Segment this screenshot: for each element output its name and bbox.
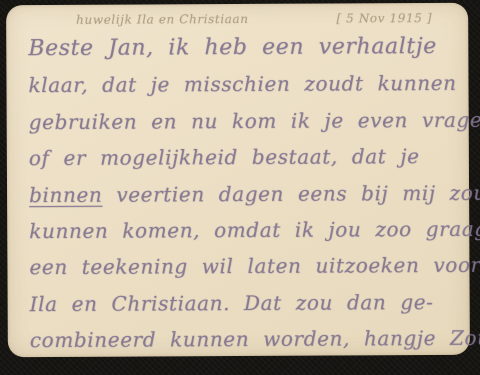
- handwriting-line-5: binnen veertien dagen eens bij mij zoudt: [29, 174, 451, 213]
- photo-mount-background: huwelijk Ila en Christiaan [ 5 Nov 1915 …: [0, 0, 480, 375]
- handwriting-line-6: kunnen komen, omdat ik jou zoo graag: [29, 211, 451, 250]
- handwriting-line-2: klaar, dat je misschien zoudt kunnen: [28, 65, 450, 104]
- handwriting-line-4: of er mogelijkheid bestaat, dat je: [29, 138, 451, 177]
- handwriting-line-3: gebruiken en nu kom ik je even vragen: [29, 102, 451, 141]
- underlined-word: binnen: [29, 182, 102, 206]
- handwriting-line-9: combineerd kunnen worden, hangje Zou: [30, 320, 452, 359]
- letter-card: huwelijk Ila en Christiaan [ 5 Nov 1915 …: [6, 3, 470, 357]
- handwriting-line-8: Ila en Christiaan. Dat zou dan ge-: [30, 284, 452, 323]
- pencil-annotation: huwelijk Ila en Christiaan: [76, 12, 249, 27]
- pencil-date-annotation: [ 5 Nov 1915 ]: [336, 11, 432, 26]
- handwriting-line-7: een teekening wil laten uitzoeken voor: [29, 247, 451, 286]
- handwritten-letter-body: Beste Jan, ik heb een verhaaltje klaar, …: [28, 29, 452, 359]
- handwriting-line-5-rest: veertien dagen eens bij mij zoudt: [102, 180, 480, 206]
- pencil-annotation-row: huwelijk Ila en Christiaan [ 5 Nov 1915 …: [76, 11, 432, 27]
- handwriting-line-1: Beste Jan, ik heb een verhaaltje: [28, 29, 450, 68]
